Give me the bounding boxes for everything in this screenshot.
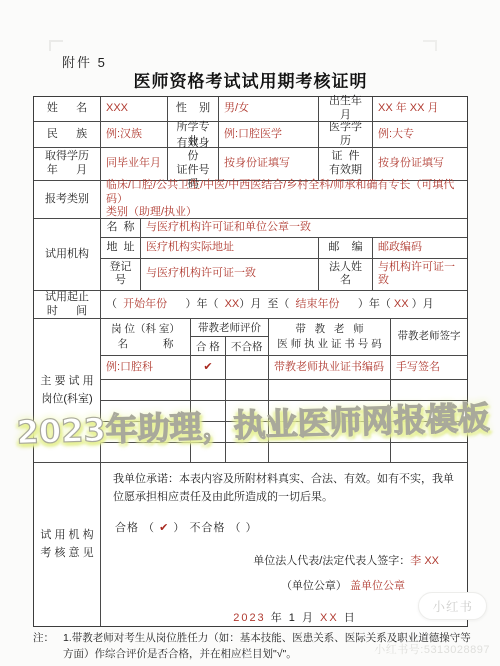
pass-check: ✔ <box>159 522 169 534</box>
period-paren-3: ）月 至（ <box>239 298 295 312</box>
degree-label: 医学学历 <box>319 122 373 147</box>
id-valid-value: 按身份证填写 <box>373 148 467 180</box>
position-example-row: 例:口腔科 ✔ 带教老师执业证书编码 手写签名 <box>101 356 467 380</box>
period-start-month: XX <box>225 298 240 312</box>
category-value: 临床/口腔/公共卫生/中医/中西医结合/乡村全科/师承和确有专长（可填代码） 类… <box>101 181 467 218</box>
ethnic-value: 例:汉族 <box>101 122 168 147</box>
org-name-label: 名 称 <box>101 219 141 237</box>
org-reg-label: 登记号 <box>101 259 141 291</box>
row-trial-period: 试用起止 时 间 （ 开始年份 ）年（ XX）月 至（ 结束年份 ）年（ XX … <box>34 291 467 319</box>
period-paren-1: （ <box>106 298 123 312</box>
pass-label: 合格 （ <box>115 522 159 534</box>
fail-label: ） 不合格 （ ） <box>169 522 257 534</box>
example-sign: 手写签名 <box>391 356 467 379</box>
org-addr-row: 地 址 医疗机构实际地址 邮 编 邮政编码 <box>101 238 467 259</box>
form-table: 姓 名 XXX 性 别 男/女 出生年月 XX 年 XX 月 民 族 例:汉族 … <box>33 96 468 627</box>
degree-value: 例:大专 <box>373 122 467 147</box>
crop-mark-top-left <box>49 40 63 51</box>
org-name-row: 名 称 与医疗机构许可证和单位公章一致 <box>101 219 467 238</box>
col-fail-header: 不合格 <box>226 337 268 355</box>
gender-label: 性 别 <box>168 97 219 121</box>
promise-text: 我单位承诺：本表内容及所附材料真实、合法、有效。如有不实，我单位愿承担相应责任及… <box>113 471 457 506</box>
review-label: 试 用 机 构 考 核 意 见 <box>34 463 101 626</box>
example-cert: 带教老师执业证书编码 <box>269 356 391 379</box>
trial-period-value: （ 开始年份 ）年（ XX）月 至（ 结束年份 ）年（ XX ）月 <box>101 291 467 318</box>
id-number-value: 按身份证填写 <box>219 148 319 180</box>
org-reg-row: 登记号 与医疗机构许可证一致 法人姓名 与机构许可证一致 <box>101 259 467 291</box>
org-legal-value: 与机构许可证一致 <box>373 259 467 291</box>
row-basic-1: 姓 名 XXX 性 别 男/女 出生年月 XX 年 XX 月 <box>34 97 467 122</box>
col-cert-header: 带 教 老 师 医 师 执 业 证 书 号 码 <box>269 319 391 355</box>
legal-sign-label: 单位法人代表/法定代表人签字： <box>253 555 410 567</box>
positions-header-row: 岗 位（科 室） 名 称 带教老师评价 合 格 不合格 带 教 老 师 医 师 … <box>101 319 467 356</box>
date-day: XX <box>320 612 339 624</box>
section-trial-org: 试用机构 名 称 与医疗机构许可证和单位公章一致 地 址 医疗机构实际地址 邮 … <box>34 219 467 291</box>
seal-line: （单位公章） 盖单位公章 <box>113 577 457 593</box>
org-addr-label: 地 址 <box>101 238 141 258</box>
legal-sign-value: 李 XX <box>410 555 439 567</box>
name-value: XXX <box>101 97 168 121</box>
category-label: 报考类别 <box>34 181 101 218</box>
legal-sign-line: 单位法人代表/法定代表人签字：李 XX <box>113 552 457 568</box>
row-basic-2: 民 族 例:汉族 所学专业 例:口腔医学 医学学历 例:大专 <box>34 122 467 148</box>
gender-value: 男/女 <box>219 97 319 121</box>
period-paren-4: ）年（ <box>340 298 394 312</box>
period-paren-2: ）年（ <box>167 298 224 312</box>
org-zip-value: 邮政编码 <box>373 238 467 258</box>
edu-date-label: 取得学历 年 月 <box>34 148 101 180</box>
example-fail <box>226 356 269 379</box>
xiaohongshu-badge: 小红书 <box>418 592 487 620</box>
date-day-unit: 日 <box>339 612 357 624</box>
ethnic-label: 民 族 <box>34 122 101 147</box>
org-zip-label: 邮 编 <box>319 238 373 258</box>
col-eval-header: 带教老师评价 合 格 不合格 <box>191 319 269 355</box>
eval-header-label: 带教老师评价 <box>191 319 268 337</box>
example-post: 例:口腔科 <box>101 356 191 379</box>
edu-date-value: 同毕业年月 <box>101 148 168 180</box>
org-addr-value: 医疗机构实际地址 <box>141 238 319 258</box>
col-pass-header: 合 格 <box>191 337 226 355</box>
org-legal-label: 法人姓名 <box>319 259 373 291</box>
date-middle: 年 1 月 <box>266 612 320 624</box>
section-review: 试 用 机 构 考 核 意 见 我单位承诺：本表内容及所附材料真实、合法、有效。… <box>34 463 467 626</box>
org-name-value: 与医疗机构许可证和单位公章一致 <box>141 219 467 237</box>
row-education: 取得学历 年 月 同毕业年月 有效身份 证件号码 按身份证填写 证 件 有效期 … <box>34 148 467 181</box>
seal-label: （单位公章） <box>281 580 347 592</box>
example-pass-check: ✔ <box>191 356 226 379</box>
date-line: 2023 年 1 月 XX 日 <box>113 609 457 625</box>
trial-period-label: 试用起止 时 间 <box>34 291 101 318</box>
org-reg-value: 与医疗机构许可证一致 <box>141 259 319 291</box>
period-start-year: 开始年份 <box>123 298 167 312</box>
id-valid-label: 证 件 有效期 <box>319 148 373 180</box>
crop-mark-top-right <box>423 40 437 51</box>
major-value: 例:口腔医学 <box>219 122 319 147</box>
trial-org-label: 试用机构 <box>34 219 101 290</box>
period-end-month: XX <box>394 298 409 312</box>
seal-value: 盖单位公章 <box>347 580 405 592</box>
name-label: 姓 名 <box>34 97 101 121</box>
id-number-label: 有效身份 证件号码 <box>168 148 219 180</box>
period-end-year: 结束年份 <box>296 298 340 312</box>
xiaohongshu-id: 小红书号:5313028897 <box>374 641 490 657</box>
page-title: 医师资格考试试用期考核证明 <box>33 67 468 92</box>
row-category: 报考类别 临床/口腔/公共卫生/中医/中西医结合/乡村全科/师承和确有专长（可填… <box>34 181 467 219</box>
col-post-header: 岗 位（科 室） 名 称 <box>101 319 191 355</box>
period-paren-5: ）月 <box>409 298 434 312</box>
birth-value: XX 年 XX 月 <box>373 97 467 121</box>
col-sign-header: 带教老师签字 <box>391 319 467 355</box>
footnote-label: 注： <box>33 631 63 663</box>
pass-fail-line: 合格 （ ✔ ） 不合格 （ ） <box>113 519 457 535</box>
date-year: 2023 <box>233 612 265 624</box>
birth-label: 出生年月 <box>319 97 373 121</box>
